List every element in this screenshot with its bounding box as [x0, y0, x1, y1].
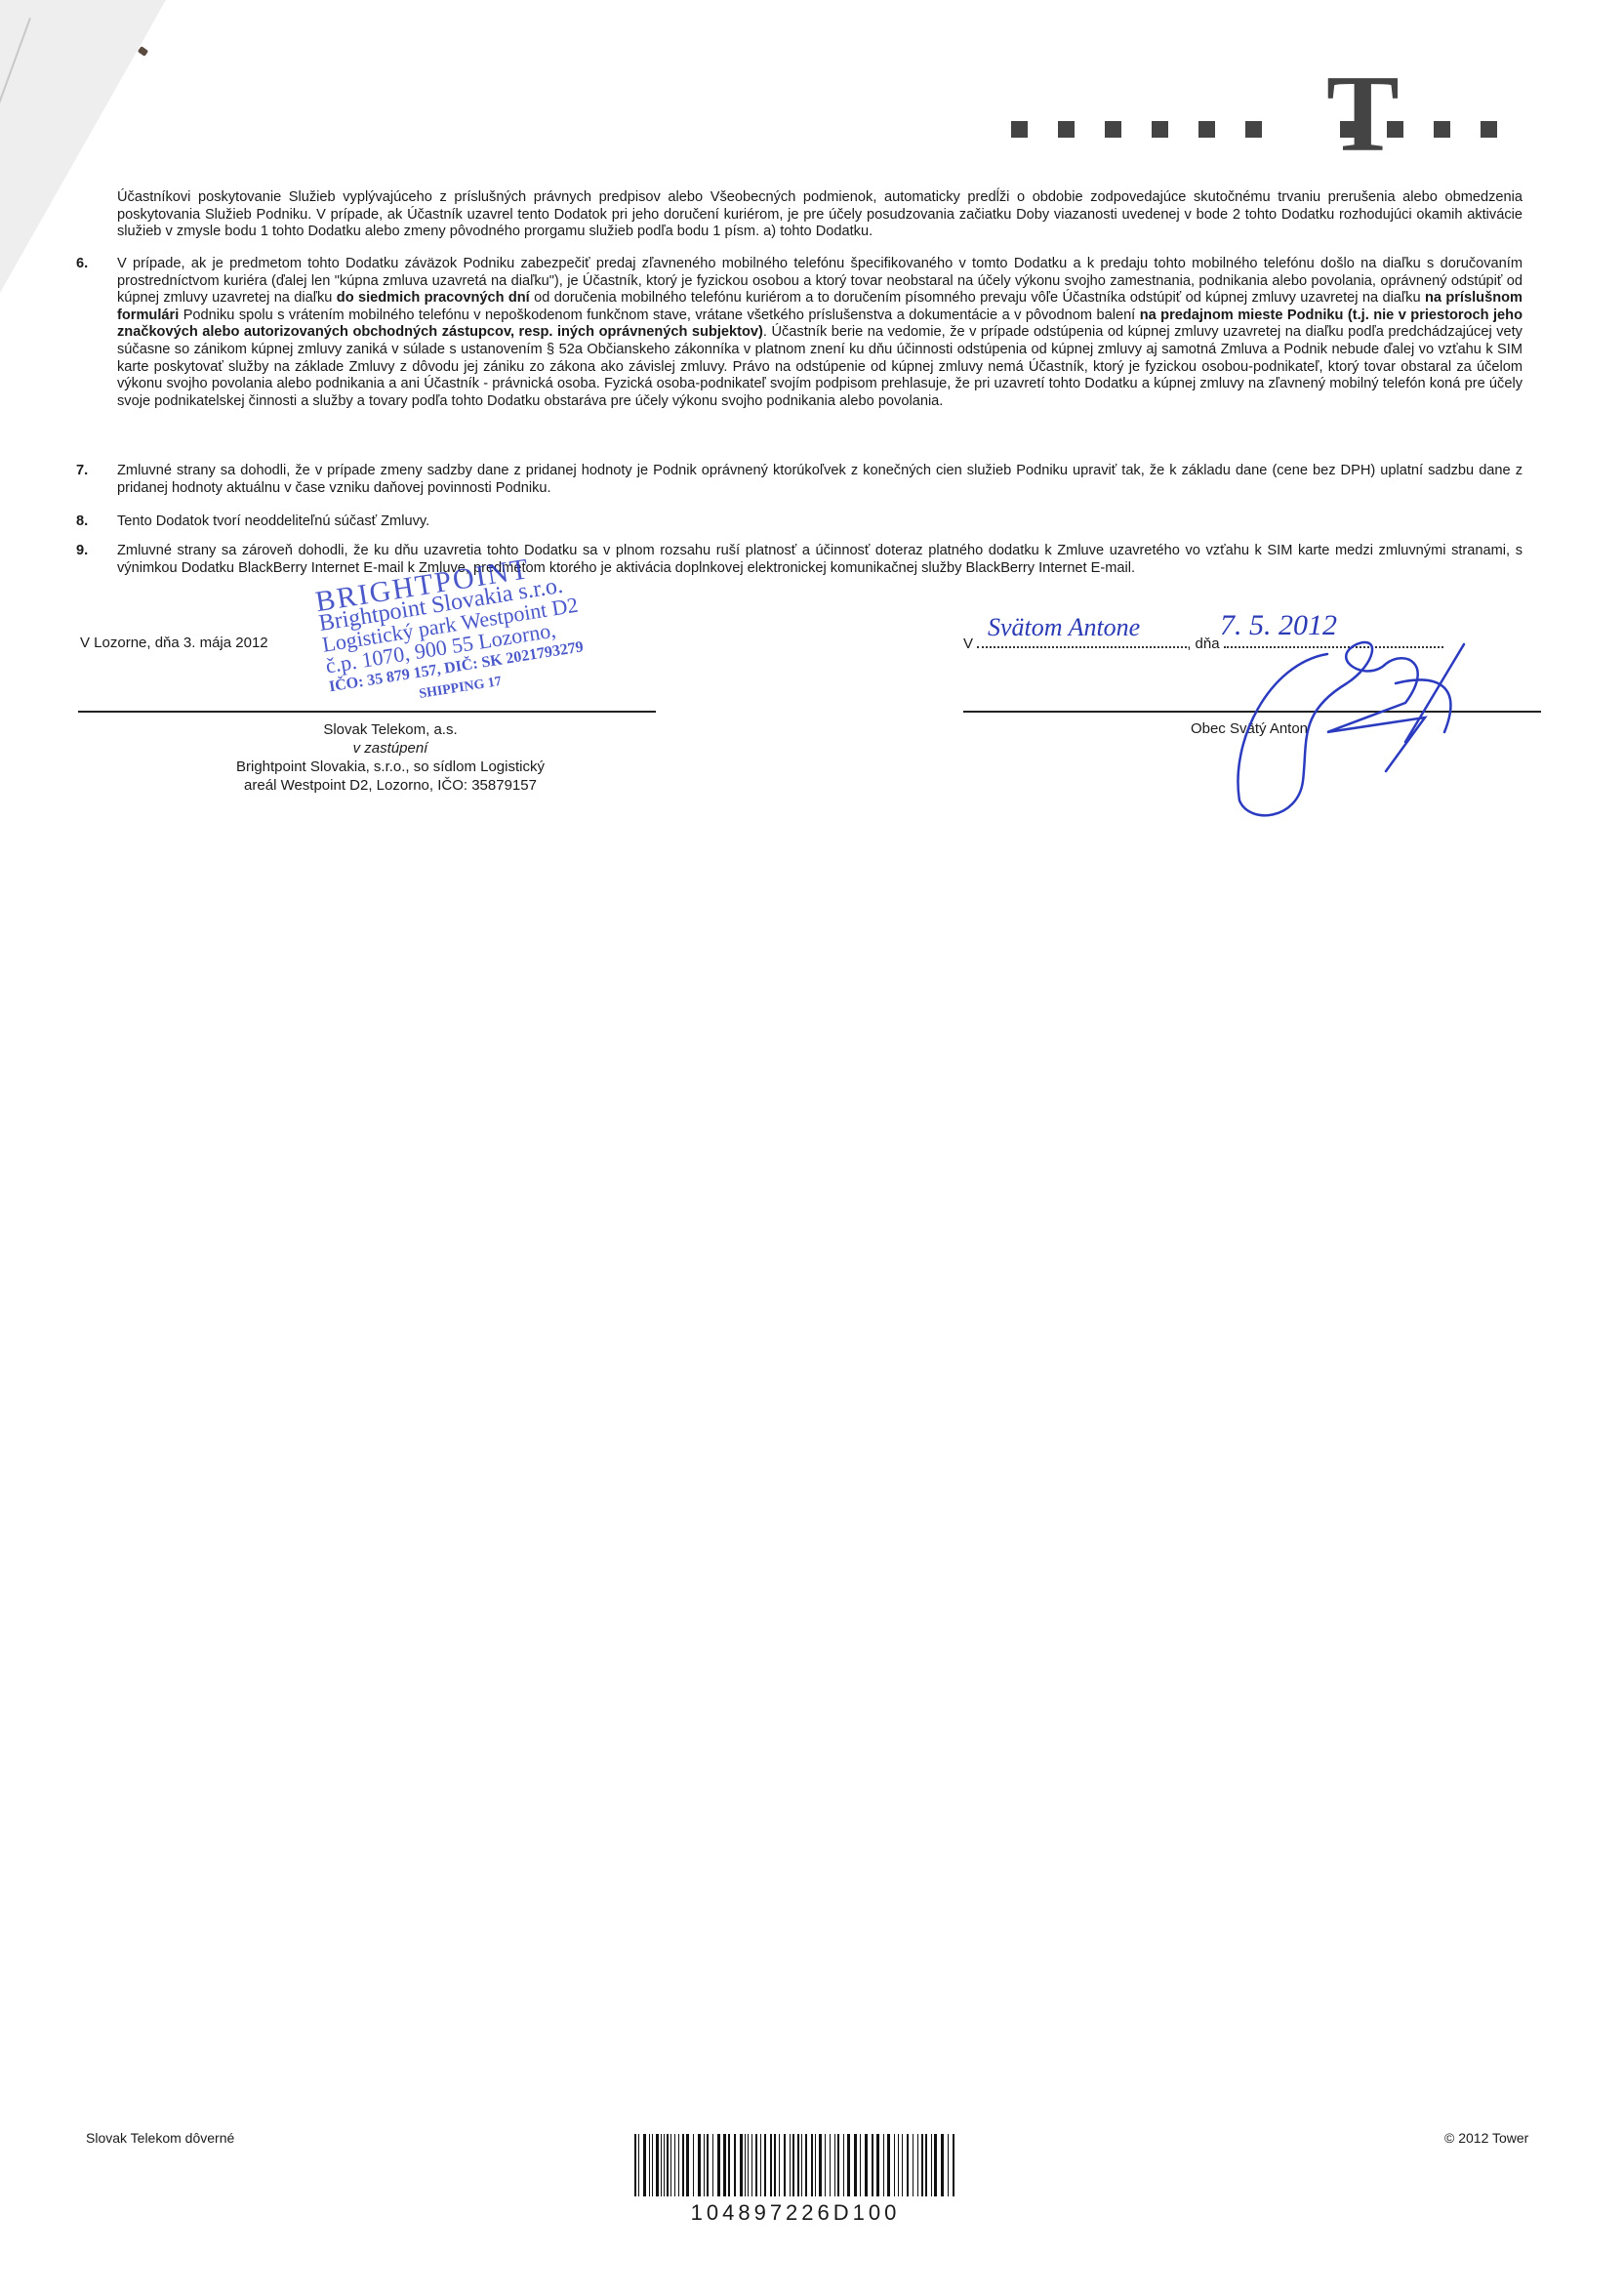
clause-6: 6. V prípade, ak je predmetom tohto Doda… — [117, 256, 1522, 410]
telekom-logo: T — [1011, 61, 1526, 168]
logo-square — [1481, 121, 1497, 138]
left-signatory: Slovak Telekom, a.s. v zastúpení Brightp… — [146, 720, 634, 795]
logo-square — [1011, 121, 1028, 138]
clause-number: 9. — [76, 543, 88, 560]
logo-square — [1434, 121, 1450, 138]
clause-number: 7. — [76, 463, 88, 480]
logo-square — [1105, 121, 1121, 138]
confidentiality-label: Slovak Telekom dôverné — [86, 2130, 234, 2146]
handwritten-place: Svätom Antone — [988, 613, 1140, 642]
left-place-date: V Lozorne, dňa 3. mája 2012 — [80, 635, 268, 651]
logo-square — [1245, 121, 1262, 138]
logo-square — [1152, 121, 1168, 138]
barcode-number: 104897226D100 — [634, 2200, 956, 2226]
left-signature-line — [78, 711, 656, 713]
logo-square — [1058, 121, 1075, 138]
clause-7: 7. Zmluvné strany sa dohodli, že v prípa… — [117, 463, 1522, 497]
logo-square — [1340, 121, 1357, 138]
clause-number: 6. — [76, 256, 88, 273]
logo-square — [1198, 121, 1215, 138]
logo-square — [1387, 121, 1403, 138]
logo-t: T — [1326, 61, 1400, 168]
handwritten-signature — [1210, 625, 1503, 830]
page-fold-shadow — [0, 0, 166, 293]
clause-9: 9. Zmluvné strany sa zároveň dohodli, že… — [117, 543, 1522, 577]
barcode — [634, 2134, 956, 2196]
clause-8: 8. Tento Dodatok tvorí neoddeliteľnú súč… — [117, 513, 1522, 531]
intro-paragraph: Účastníkovi poskytovanie Služieb vyplýva… — [117, 189, 1522, 241]
clause-number: 8. — [76, 513, 88, 531]
copyright: © 2012 Tower — [1444, 2130, 1528, 2146]
